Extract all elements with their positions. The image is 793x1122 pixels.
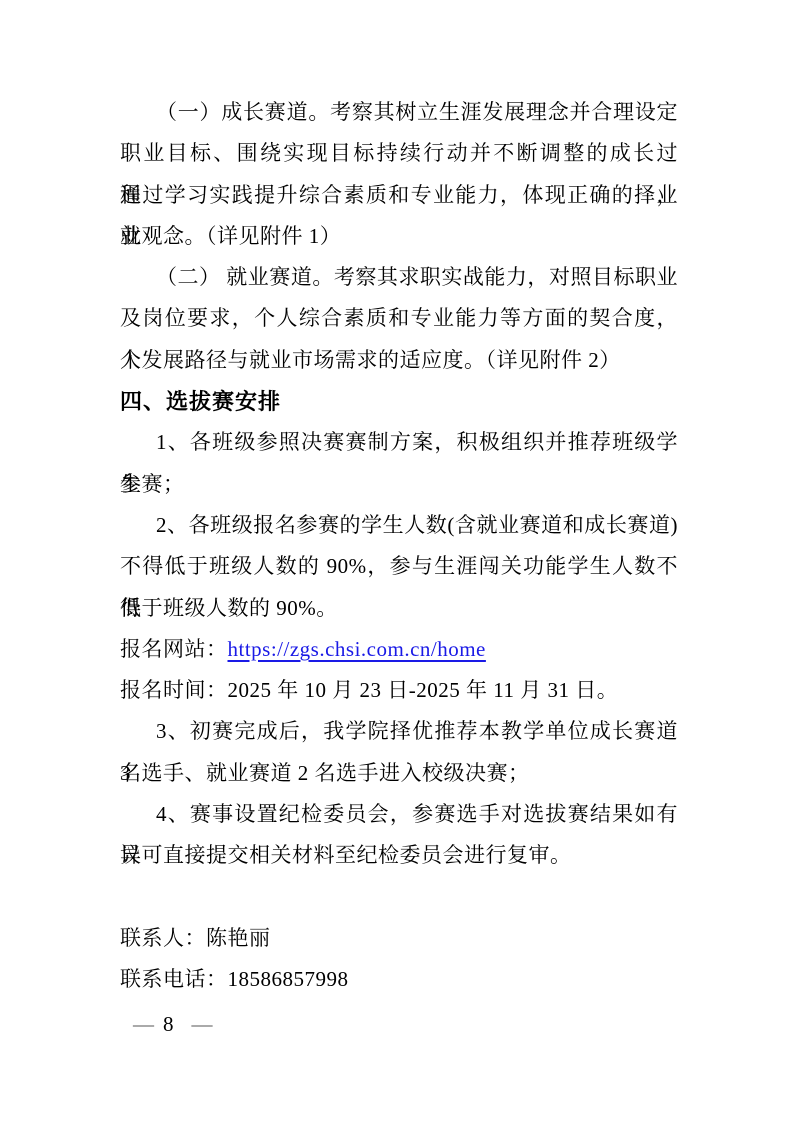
text-segment: 报名网站： xyxy=(120,637,228,661)
signup-website-link[interactable]: https://zgs.chsi.com.cn/home xyxy=(228,637,486,661)
document-content: （一）成长赛道。考察其树立生涯发展理念并合理设定职业目标、围绕实现目标持续行动并… xyxy=(120,92,678,1001)
footer-dash-right: — xyxy=(192,1008,213,1040)
text-line: 1、各班级参照决赛赛制方案，积极组织并推荐班级学生 xyxy=(120,422,678,463)
text-line: （一）成长赛道。考察其树立生涯发展理念并合理设定 xyxy=(120,92,678,133)
text-line: 3、初赛完成后，我学院择优推荐本教学单位成长赛道 3 xyxy=(120,711,678,752)
paragraph: 4、赛事设置纪检委员会，参赛选手对选拔赛结果如有异议可直接提交相关材料至纪检委员… xyxy=(120,794,678,877)
text-line: 议可直接提交相关材料至纪检委员会进行复审。 xyxy=(120,835,678,876)
paragraph: 联系人：陈艳丽 xyxy=(120,918,678,959)
text-line: 通过学习实践提升综合素质和专业能力，体现正确的择业就 xyxy=(120,175,678,216)
text-line xyxy=(120,877,678,918)
paragraph: 1、各班级参照决赛赛制方案，积极组织并推荐班级学生参赛； xyxy=(120,422,678,505)
paragraph: 报名时间：2025 年 10 月 23 日-2025 年 11 月 31 日。 xyxy=(120,670,678,711)
text-line: 四、选拔赛安排 xyxy=(120,381,678,422)
paragraph: 报名网站：https://zgs.chsi.com.cn/home xyxy=(120,629,678,670)
paragraph: （一）成长赛道。考察其树立生涯发展理念并合理设定职业目标、围绕实现目标持续行动并… xyxy=(120,92,678,257)
text-line: 名选手、就业赛道 2 名选手进入校级决赛； xyxy=(120,753,678,794)
paragraph: 2、各班级报名参赛的学生人数(含就业赛道和成长赛道)不得低于班级人数的 90%，… xyxy=(120,505,678,629)
text-line: 职业目标、围绕实现目标持续行动并不断调整的成长过程， xyxy=(120,133,678,174)
paragraph: 联系电话：18586857998 xyxy=(120,959,678,1000)
text-line: （二） 就业赛道。考察其求职实战能力，对照目标职业 xyxy=(120,257,678,298)
footer-page-number: 8 xyxy=(163,1008,174,1040)
text-line: 联系电话：18586857998 xyxy=(120,959,678,1000)
text-line: 业观念。（详见附件 1） xyxy=(120,216,678,257)
text-line: 不得低于班级人数的 90%，参与生涯闯关功能学生人数不得 xyxy=(120,546,678,587)
section-heading: 四、选拔赛安排 xyxy=(120,381,678,422)
text-line: 及岗位要求，个人综合素质和专业能力等方面的契合度，个 xyxy=(120,298,678,339)
text-line: 2、各班级报名参赛的学生人数(含就业赛道和成长赛道) xyxy=(120,505,678,546)
document-page: （一）成长赛道。考察其树立生涯发展理念并合理设定职业目标、围绕实现目标持续行动并… xyxy=(0,0,793,1122)
text-line: 4、赛事设置纪检委员会，参赛选手对选拔赛结果如有异 xyxy=(120,794,678,835)
text-line: 人发展路径与就业市场需求的适应度。（详见附件 2） xyxy=(120,340,678,381)
footer-dash-left: — xyxy=(133,1008,154,1040)
blank-line xyxy=(120,877,678,918)
page-footer: — 8 — xyxy=(133,1008,213,1040)
text-line: 报名网站：https://zgs.chsi.com.cn/home xyxy=(120,629,678,670)
text-line: 联系人：陈艳丽 xyxy=(120,918,678,959)
text-line: 参赛； xyxy=(120,464,678,505)
paragraph: 3、初赛完成后，我学院择优推荐本教学单位成长赛道 3名选手、就业赛道 2 名选手… xyxy=(120,711,678,794)
paragraph: （二） 就业赛道。考察其求职实战能力，对照目标职业及岗位要求，个人综合素质和专业… xyxy=(120,257,678,381)
text-line: 低于班级人数的 90%。 xyxy=(120,588,678,629)
text-line: 报名时间：2025 年 10 月 23 日-2025 年 11 月 31 日。 xyxy=(120,670,678,711)
